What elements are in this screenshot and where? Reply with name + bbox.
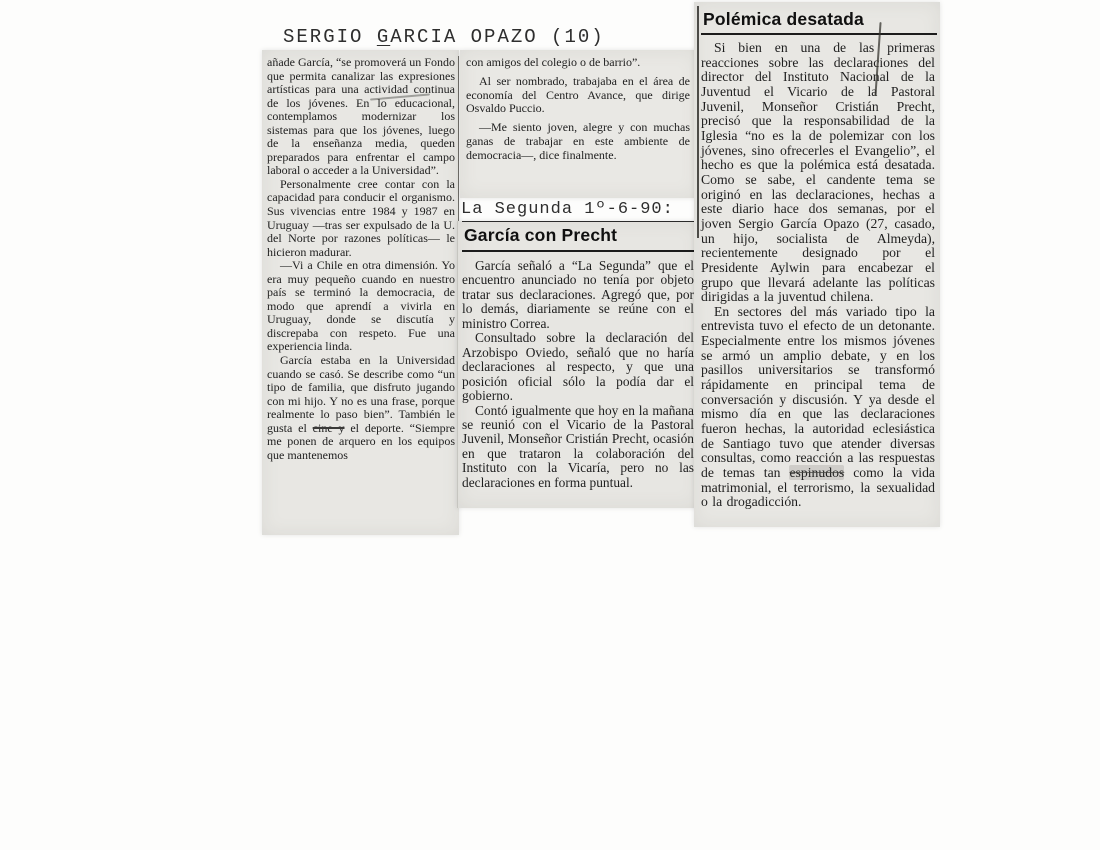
- title-underlined-letter: G: [377, 26, 390, 48]
- paragraph: —Me siento joven, alegre y con muchas ga…: [466, 121, 690, 162]
- polemica-desatada-text: Si bien en una de las primeras reaccione…: [701, 41, 935, 510]
- paragraph: En sectores del más variado tipo la entr…: [701, 305, 935, 510]
- middle-continuation-clipping: con amigos del colegio o de barrio”. Al …: [460, 50, 698, 198]
- clipping-edge-rule: [697, 6, 699, 238]
- source-date-annotation: La Segunda 1º-6-90:: [461, 200, 674, 219]
- article-headline: García con Precht: [464, 225, 694, 246]
- title-text-pre: SERGIO: [283, 26, 377, 48]
- paragraph: añade García, “se promoverá un Fondo que…: [267, 56, 455, 178]
- garcia-con-precht-clipping: García con Precht García señaló a “La Se…: [457, 221, 699, 508]
- title-text-post: ARCIA OPAZO (10): [390, 26, 604, 48]
- paragraph-segment: En sectores del más variado tipo la entr…: [701, 304, 935, 480]
- smudged-text: espinudos: [789, 465, 844, 480]
- paragraph: García señaló a “La Segunda” que el encu…: [462, 259, 694, 331]
- paragraph: Si bien en una de las primeras reaccione…: [701, 41, 935, 305]
- paragraph: Consultado sobre la declaración del Arzo…: [462, 331, 694, 403]
- left-column-clipping: añade García, “se promoverá un Fondo que…: [262, 50, 459, 535]
- headline-bar: Polémica desatada: [701, 7, 937, 35]
- scanned-press-clippings-page: { "annotation": { "title_pre": "SERGIO "…: [0, 0, 1100, 850]
- left-column-text: añade García, “se promoverá un Fondo que…: [267, 56, 455, 462]
- middle-continuation-text: con amigos del colegio o de barrio”. Al …: [466, 56, 690, 163]
- page-title-annotation: SERGIO GARCIA OPAZO (10): [283, 26, 605, 48]
- struckthrough-text: cine y: [313, 421, 345, 435]
- paragraph: con amigos del colegio o de barrio”.: [466, 56, 690, 70]
- polemica-desatada-clipping: Polémica desatada Si bien en una de las …: [694, 2, 940, 527]
- paragraph: —Vi a Chile en otra dimensión. Yo era mu…: [267, 259, 455, 354]
- headline-bar: García con Precht: [462, 221, 696, 252]
- garcia-con-precht-text: García señaló a “La Segunda” que el encu…: [462, 259, 694, 490]
- paragraph: García estaba en la Universidad cuando s…: [267, 354, 455, 462]
- paragraph: Contó igualmente que hoy en la mañana se…: [462, 404, 694, 491]
- paragraph: Al ser nombrado, trabajaba en el área de…: [466, 75, 690, 116]
- paragraph: Personalmente cree contar con la capacid…: [267, 178, 455, 259]
- article-headline: Polémica desatada: [703, 9, 935, 30]
